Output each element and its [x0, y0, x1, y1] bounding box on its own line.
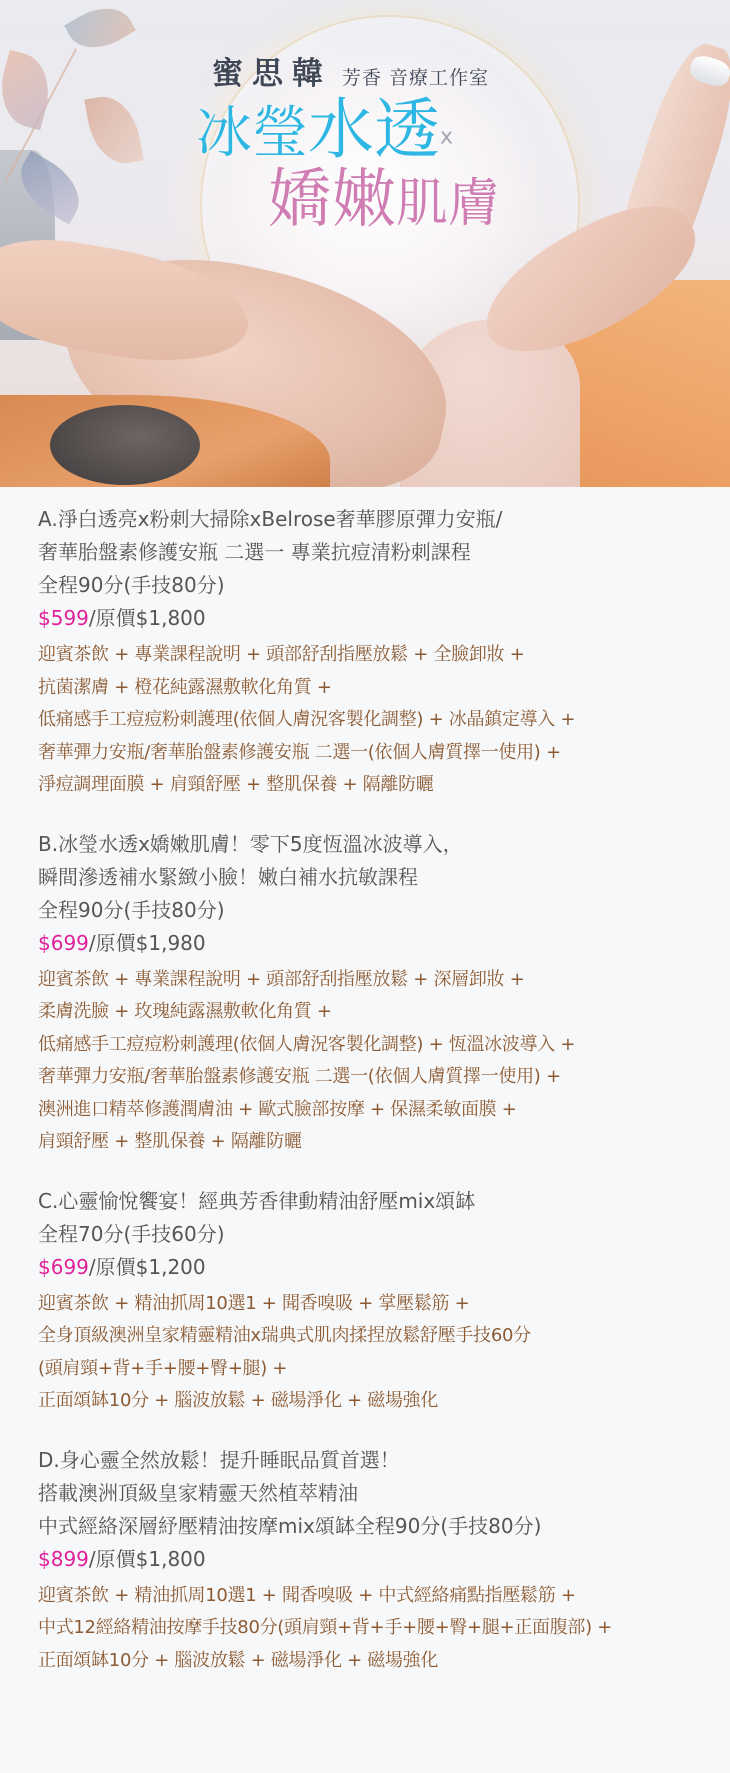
course-item-line: 奢華彈力安瓶/奢華胎盤素修護安瓶 二選一(依個人膚質擇一使用) +: [38, 737, 693, 770]
course-item-line: 低痛感手工痘痘粉刺護理(依個人膚況客製化調整) + 恆溫冰波導入 +: [38, 1029, 693, 1062]
course-items: 迎賓茶飲 + 專業課程說明 + 頭部舒刮指壓放鬆 + 全臉卸妝 + 抗菌潔膚 +…: [38, 639, 693, 802]
course-b: B.冰瑩水透x嬌嫩肌膚！零下5度恆溫冰波導入， 瞬間滲透補水緊緻小臉！嫩白補水抗…: [38, 828, 693, 1159]
course-item-line: 澳洲進口精萃修護潤膚油 + 歐式臉部按摩 + 保濕柔敏面膜 +: [38, 1094, 693, 1127]
course-item-line: 迎賓茶飲 + 精油抓周10選1 + 聞香嗅吸 + 掌壓鬆筋 +: [38, 1288, 693, 1321]
course-item-line: 全身頂級澳洲皇家精靈精油x瑞典式肌肉揉捏放鬆舒壓手技60分: [38, 1320, 693, 1353]
course-items: 迎賓茶飲 + 專業課程說明 + 頭部舒刮指壓放鬆 + 深層卸妝 + 柔膚洗臉 +…: [38, 964, 693, 1159]
course-duration: 全程90分(手技80分): [38, 894, 693, 927]
title-text-part: 冰瑩: [196, 101, 308, 166]
original-price: /原價$1,200: [89, 1255, 206, 1279]
course-title-line: 奢華胎盤素修護安瓶 二選一 專業抗痘清粉刺課程: [38, 536, 693, 569]
course-title-line: 搭載澳洲頂級皇家精靈天然植萃精油: [38, 1477, 693, 1510]
course-title-line: 中式經絡深層紓壓精油按摩mix頌缽全程90分(手技80分): [38, 1510, 693, 1543]
brand-subtitle: 芳香 音療工作室: [342, 63, 489, 90]
course-item-line: 中式12經絡精油按摩手技80分(頭肩頸+背+手+腰+臀+腿+正面腹部) +: [38, 1612, 693, 1645]
course-item-line: 淨痘調理面膜 + 肩頸舒壓 + 整肌保養 + 隔離防曬: [38, 769, 693, 802]
title-x-mark: x: [440, 125, 453, 150]
original-price: /原價$1,800: [89, 1547, 206, 1571]
course-item-line: 低痛感手工痘痘粉刺護理(依個人膚況客製化調整) + 冰晶鎮定導入 +: [38, 704, 693, 737]
title-text-part: 水透: [308, 91, 440, 168]
course-title-line: B.冰瑩水透x嬌嫩肌膚！零下5度恆溫冰波導入，: [38, 828, 693, 861]
course-item-line: (頭肩頸+背+手+腰+臀+腿) +: [38, 1353, 693, 1386]
course-item-line: 柔膚洗臉 + 玫瑰純露濕敷軟化角質 +: [38, 996, 693, 1029]
hero-title-line-1: 冰瑩水透x: [196, 98, 453, 170]
sale-price: $699: [38, 1255, 89, 1279]
course-d: D.身心靈全然放鬆！提升睡眠品質首選！ 搭載澳洲頂級皇家精靈天然植萃精油 中式經…: [38, 1444, 693, 1678]
hero-title-line-2: 嬌嫩肌膚: [268, 160, 500, 244]
course-price: $699/原價$1,980: [38, 927, 693, 960]
course-title-line: C.心靈愉悅饗宴！經典芳香律動精油舒壓mix頌缽: [38, 1185, 693, 1218]
sale-price: $599: [38, 606, 89, 630]
course-a: A.淨白透亮x粉刺大掃除xBelrose奢華膠原彈力安瓶/ 奢華胎盤素修護安瓶 …: [38, 503, 693, 802]
leaf-decoration-icon: [84, 91, 143, 168]
course-item-line: 迎賓茶飲 + 專業課程說明 + 頭部舒刮指壓放鬆 + 全臉卸妝 +: [38, 639, 693, 672]
brand-line: 蜜思韓 芳香 音療工作室: [212, 48, 489, 93]
course-title-line: D.身心靈全然放鬆！提升睡眠品質首選！: [38, 1444, 693, 1477]
course-list: A.淨白透亮x粉刺大掃除xBelrose奢華膠原彈力安瓶/ 奢華胎盤素修護安瓶 …: [0, 487, 730, 1707]
course-item-line: 正面頌缽10分 + 腦波放鬆 + 磁場淨化 + 磁場強化: [38, 1385, 693, 1418]
course-items: 迎賓茶飲 + 精油抓周10選1 + 聞香嗅吸 + 中式經絡痛點指壓鬆筋 + 中式…: [38, 1580, 693, 1678]
course-price: $599/原價$1,800: [38, 602, 693, 635]
course-title-line: A.淨白透亮x粉刺大掃除xBelrose奢華膠原彈力安瓶/: [38, 503, 693, 536]
course-item-line: 正面頌缽10分 + 腦波放鬆 + 磁場淨化 + 磁場強化: [38, 1645, 693, 1678]
leaf-decoration-icon: [0, 50, 58, 131]
course-c: C.心靈愉悅饗宴！經典芳香律動精油舒壓mix頌缽 全程70分(手技60分) $6…: [38, 1185, 693, 1418]
original-price: /原價$1,980: [89, 931, 206, 955]
course-item-line: 迎賓茶飲 + 精油抓周10選1 + 聞香嗅吸 + 中式經絡痛點指壓鬆筋 +: [38, 1580, 693, 1613]
course-title-line: 瞬間滲透補水緊緻小臉！嫩白補水抗敏課程: [38, 861, 693, 894]
course-duration: 全程70分(手技60分): [38, 1218, 693, 1251]
course-item-line: 抗菌潔膚 + 橙花純露濕敷軟化角質 +: [38, 672, 693, 705]
sale-price: $699: [38, 931, 89, 955]
course-duration: 全程90分(手技80分): [38, 569, 693, 602]
sale-price: $899: [38, 1547, 89, 1571]
course-item-line: 奢華彈力安瓶/奢華胎盤素修護安瓶 二選一(依個人膚質擇一使用) +: [38, 1061, 693, 1094]
course-item-line: 迎賓茶飲 + 專業課程說明 + 頭部舒刮指壓放鬆 + 深層卸妝 +: [38, 964, 693, 997]
title-text-part: 嬌嫩: [268, 163, 396, 237]
brand-name: 蜜思韓: [212, 48, 332, 93]
client-hair-image: [50, 405, 200, 485]
hero-banner: 蜜思韓 芳香 音療工作室 冰瑩水透x 嬌嫩肌膚: [0, 0, 730, 487]
title-text-part: 肌膚: [396, 174, 500, 234]
course-price: $899/原價$1,800: [38, 1543, 693, 1576]
course-item-line: 肩頸舒壓 + 整肌保養 + 隔離防曬: [38, 1126, 693, 1159]
course-price: $699/原價$1,200: [38, 1251, 693, 1284]
original-price: /原價$1,800: [89, 606, 206, 630]
course-items: 迎賓茶飲 + 精油抓周10選1 + 聞香嗅吸 + 掌壓鬆筋 + 全身頂級澳洲皇家…: [38, 1288, 693, 1418]
